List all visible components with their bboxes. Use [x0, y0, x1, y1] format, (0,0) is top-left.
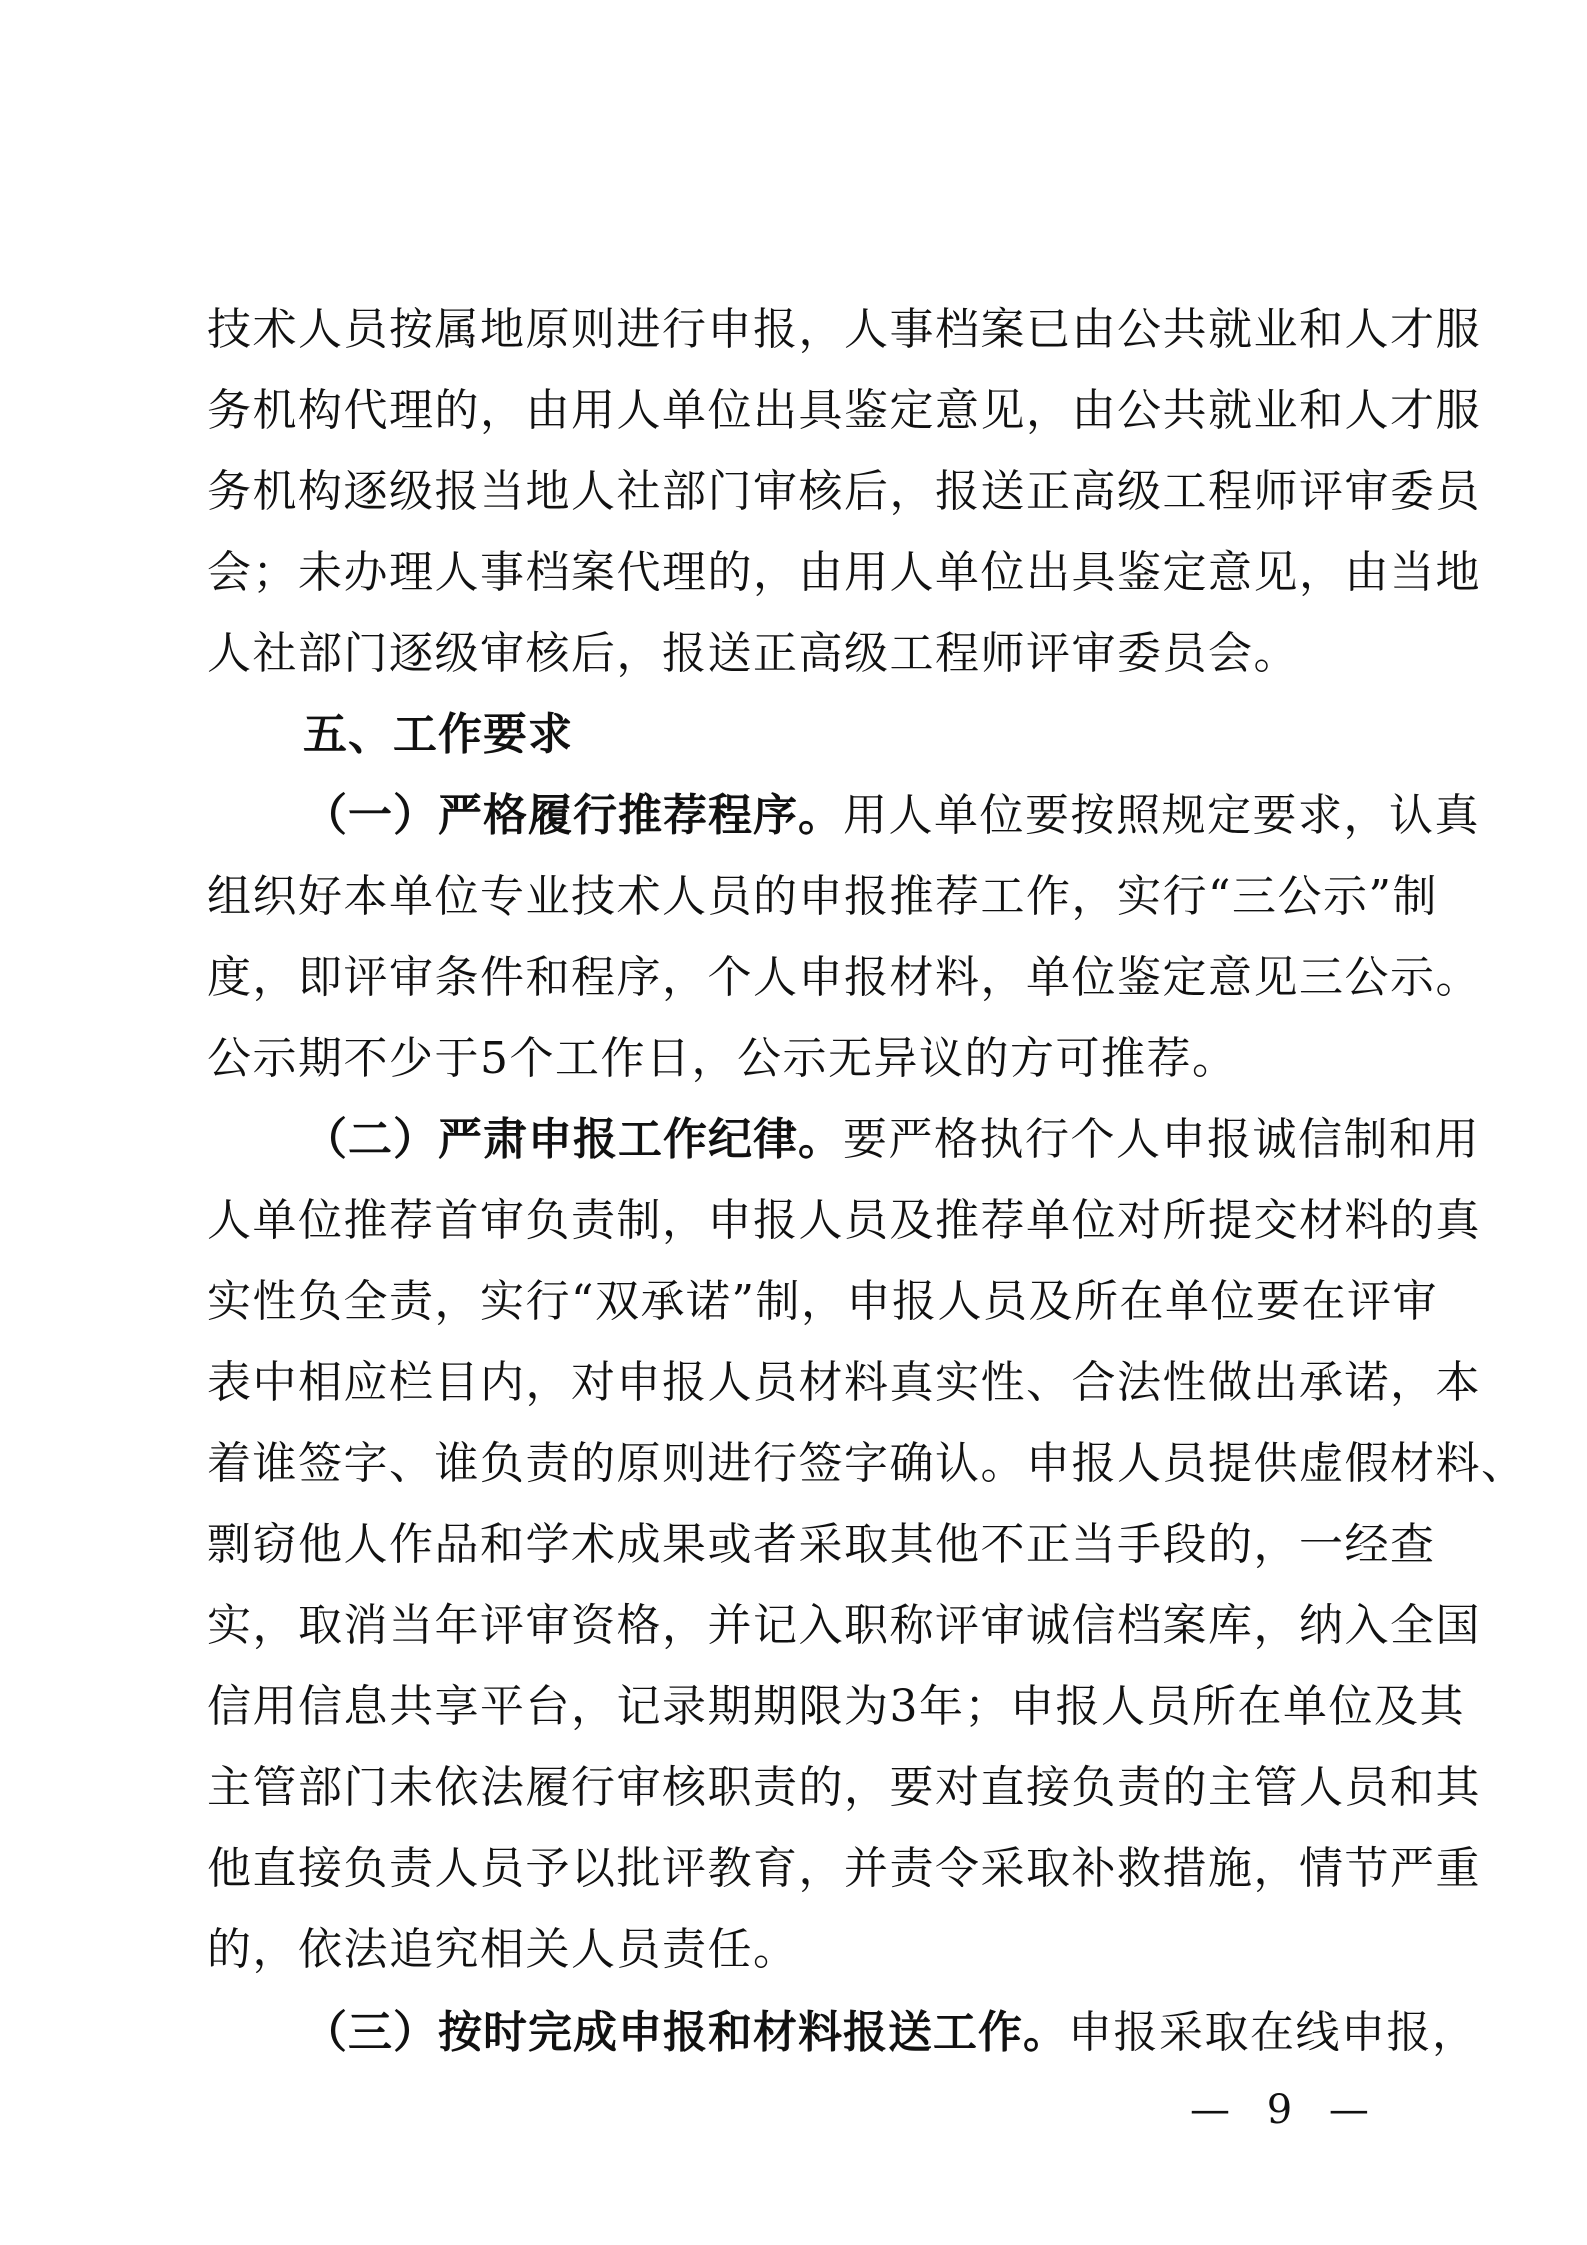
paragraph-line: 务机构逐级报当地人社部门审核后，报送正高级工程师评审委员 [207, 452, 1395, 532]
page-number: — 9 — [1190, 2080, 1381, 2140]
paragraph-line: 主管部门未依法履行审核职责的，要对直接负责的主管人员和其 [207, 1748, 1395, 1828]
paragraph-line: 实性负全责，实行“双承诺”制，申报人员及所在单位要在评审 [207, 1262, 1395, 1342]
paragraph-line: 度，即评审条件和程序，个人申报材料，单位鉴定意见三公示。 [207, 938, 1395, 1018]
paragraph-line: 着谁签字、谁负责的原则进行签字确认。申报人员提供虚假材料、 [207, 1424, 1395, 1504]
paragraph-line: 表中相应栏目内，对申报人员材料真实性、合法性做出承诺，本 [207, 1343, 1395, 1423]
item-2-first-line: （二）严肃申报工作纪律。要严格执行个人申报诚信制和用 [303, 1100, 1395, 1180]
paragraph-line: 的，依法追究相关人员责任。 [207, 1910, 1395, 1990]
item-3-title: （三）按时完成申报和材料报送工作。 [303, 2007, 1068, 2058]
item-3-first-line: （三）按时完成申报和材料报送工作。申报采取在线申报， [303, 1993, 1395, 2073]
item-1-text: 用人单位要按照规定要求，认真 [843, 790, 1480, 841]
paragraph-line: 务机构代理的，由用人单位出具鉴定意见，由公共就业和人才服 [207, 371, 1395, 451]
paragraph-line: 公示期不少于5个工作日，公示无异议的方可推荐。 [207, 1019, 1395, 1099]
paragraph-line: 剽窃他人作品和学术成果或者采取其他不正当手段的，一经查 [207, 1505, 1395, 1585]
item-2-text: 要严格执行个人申报诚信制和用 [843, 1114, 1480, 1165]
document-page: 技术人员按属地原则进行申报，人事档案已由公共就业和人才服 务机构代理的，由用人单… [0, 0, 1587, 2245]
item-1-title: （一）严格履行推荐程序。 [303, 790, 843, 841]
section-heading: 五、工作要求 [303, 695, 1395, 775]
paragraph-line: 人社部门逐级审核后，报送正高级工程师评审委员会。 [207, 614, 1395, 694]
paragraph-line: 他直接负责人员予以批评教育，并责令采取补救措施，情节严重 [207, 1829, 1395, 1909]
paragraph-line: 信用信息共享平台，记录期期限为3年；申报人员所在单位及其 [207, 1667, 1395, 1747]
paragraph-line: 会；未办理人事档案代理的，由用人单位出具鉴定意见，由当地 [207, 533, 1395, 613]
paragraph-line: 技术人员按属地原则进行申报，人事档案已由公共就业和人才服 [207, 290, 1395, 370]
item-1-first-line: （一）严格履行推荐程序。用人单位要按照规定要求，认真 [303, 776, 1395, 856]
paragraph-line: 人单位推荐首审负责制，申报人员及推荐单位对所提交材料的真 [207, 1181, 1395, 1261]
paragraph-line: 组织好本单位专业技术人员的申报推荐工作，实行“三公示”制 [207, 857, 1395, 937]
paragraph-line: 实，取消当年评审资格，并记入职称评审诚信档案库，纳入全国 [207, 1586, 1395, 1666]
item-2-title: （二）严肃申报工作纪律。 [303, 1114, 843, 1165]
item-3-text: 申报采取在线申报， [1068, 2007, 1478, 2058]
